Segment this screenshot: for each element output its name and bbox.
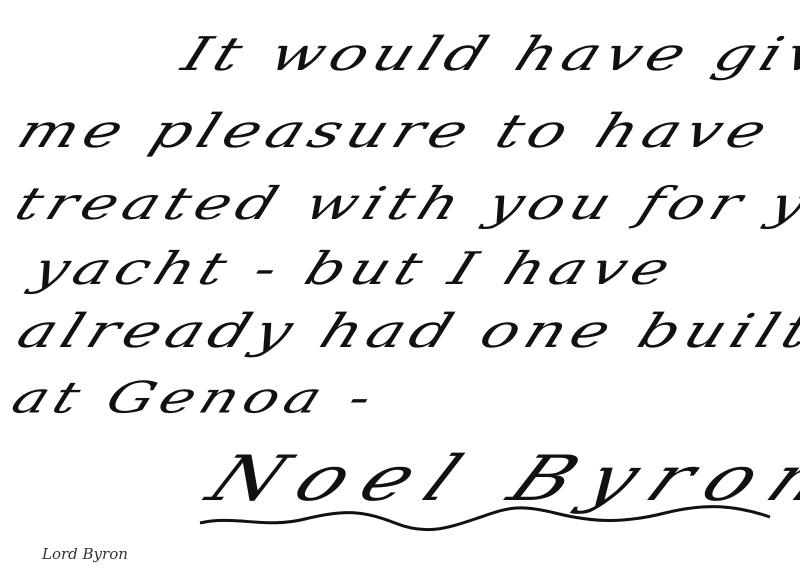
- letter-line-3: treated with you for your: [8, 178, 800, 231]
- letter-line-2: me pleasure to have: [10, 103, 781, 158]
- letter-line-1: It would have given: [175, 26, 800, 81]
- letter-line-4: yacht - but I have: [25, 243, 683, 296]
- letter-page: It would have given me pleasure to have …: [0, 0, 800, 581]
- signature-flourish: [195, 495, 775, 535]
- letter-line-6: at Genoa -: [5, 372, 385, 423]
- letter-line-5: already had one built: [10, 303, 800, 358]
- caption: Lord Byron: [42, 545, 128, 563]
